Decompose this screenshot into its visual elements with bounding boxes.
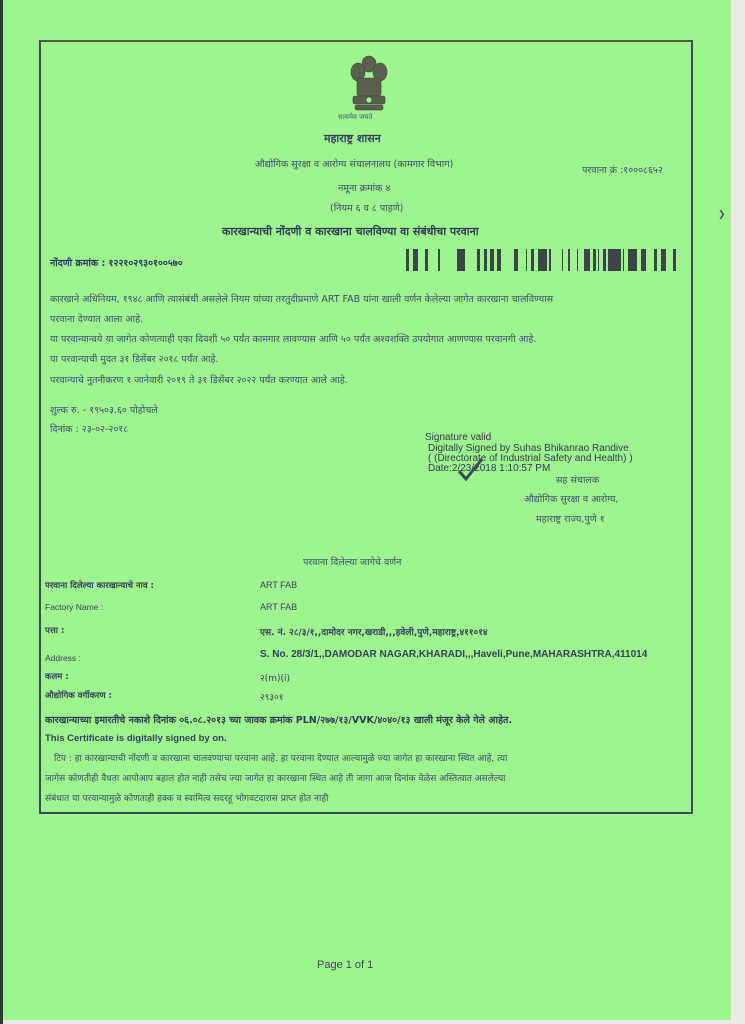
field-value: ART FAB bbox=[260, 580, 297, 590]
plan-approval-note: कारखान्याच्या इमारतीचे नकाशे दिनांक ०६.०… bbox=[45, 713, 512, 726]
registration-number: नोंदणी क्रमांक : १२२१०२९३०१००५७० bbox=[50, 256, 183, 269]
signatory-designation: सह संचालक bbox=[556, 473, 599, 486]
note-line2: जागेस कोणतीही वैधता आपोआप बहाल होत नाही … bbox=[45, 771, 506, 784]
field-label: औद्योगिक वर्गीकरण : bbox=[45, 690, 112, 701]
issue-date: दिनांक : २३-०२-२०१८ bbox=[50, 422, 128, 435]
permit-number: परवाना क्रं :१०००८६५२ bbox=[582, 163, 663, 176]
barcode bbox=[403, 249, 678, 271]
fee-received: शुल्क रु. - १९५०३.६० पोहोचले bbox=[50, 403, 158, 416]
digital-signature-note: This Certificate is digitally signed by … bbox=[45, 733, 227, 744]
signature-datetime: Date:2/23/2018 1:10:57 PM bbox=[428, 464, 550, 474]
government-title: महाराष्ट्र शासन bbox=[324, 131, 381, 146]
field-label: Address : bbox=[45, 653, 81, 663]
field-label: Factory Name : bbox=[45, 602, 103, 612]
field-value: S. No. 28/3/1,,DAMODAR NAGAR,KHARADI,,,H… bbox=[260, 649, 647, 660]
form-number: नमूना क्रमांक ४ bbox=[338, 181, 390, 194]
rules-reference: (नियम ६ व ८ पाहणे) bbox=[330, 201, 403, 214]
license-paragraph-line1: कारखाने अधिनियम, १९४८ आणि त्यासंबंधी असल… bbox=[50, 292, 553, 305]
signatory-location: महाराष्ट्र राज्य,पुणे १ bbox=[536, 512, 605, 525]
field-value: ART FAB bbox=[260, 602, 297, 612]
emblem-motto: सत्यमेव जयते bbox=[338, 113, 372, 122]
signatory-office: औद्योगिक सुरक्षा व आरोग्य, bbox=[524, 492, 618, 505]
scan-mark: ❯ bbox=[718, 210, 726, 220]
worker-limit-paragraph: या परवान्यान्वये या जागेत कोणत्याही एका … bbox=[50, 332, 536, 345]
renewal-paragraph: परवान्याचे नुतनीकरण १ जानेवारी २०१९ ते ३… bbox=[50, 373, 348, 386]
validity-paragraph: या परवान्याची मुदत ३१ डिसेंबर २०१८ पर्यं… bbox=[50, 352, 219, 365]
field-label: परवाना दिलेल्या कारखान्याचे नाव : bbox=[45, 580, 154, 591]
signature-valid-check-icon bbox=[455, 455, 485, 485]
field-value: २९३०१ bbox=[260, 690, 283, 703]
license-paragraph-line2: परवाना देण्यात आला आहे. bbox=[50, 312, 143, 325]
note-line3: संबंधात या परवान्यामुळे कोणताही हक्क व स… bbox=[45, 791, 328, 804]
certificate-page bbox=[3, 0, 731, 1020]
document-title: कारखान्याची नोंदणी व कारखाना चालविण्या व… bbox=[222, 224, 479, 239]
note-line1: टिप : हा कारखान्याची नोंदणी व कारखाना चा… bbox=[54, 751, 507, 764]
field-value: २(m)(i) bbox=[260, 671, 290, 684]
signature-status: Signature valid bbox=[425, 433, 491, 443]
premises-description-heading: परवाना दिलेल्या जागेचे वर्णन bbox=[303, 555, 401, 568]
field-value: एस. नं. २८/३/१,,दामोदर नगर,खराडी,,,हवेली… bbox=[260, 625, 488, 638]
department-name: औद्योगिक सुरक्षा व आरोग्य संचालनालय (काम… bbox=[255, 157, 453, 170]
page-indicator: Page 1 of 1 bbox=[317, 959, 373, 971]
state-emblem-icon bbox=[345, 52, 393, 114]
field-label: पत्ता : bbox=[45, 625, 64, 636]
field-label: कलम : bbox=[45, 671, 69, 682]
